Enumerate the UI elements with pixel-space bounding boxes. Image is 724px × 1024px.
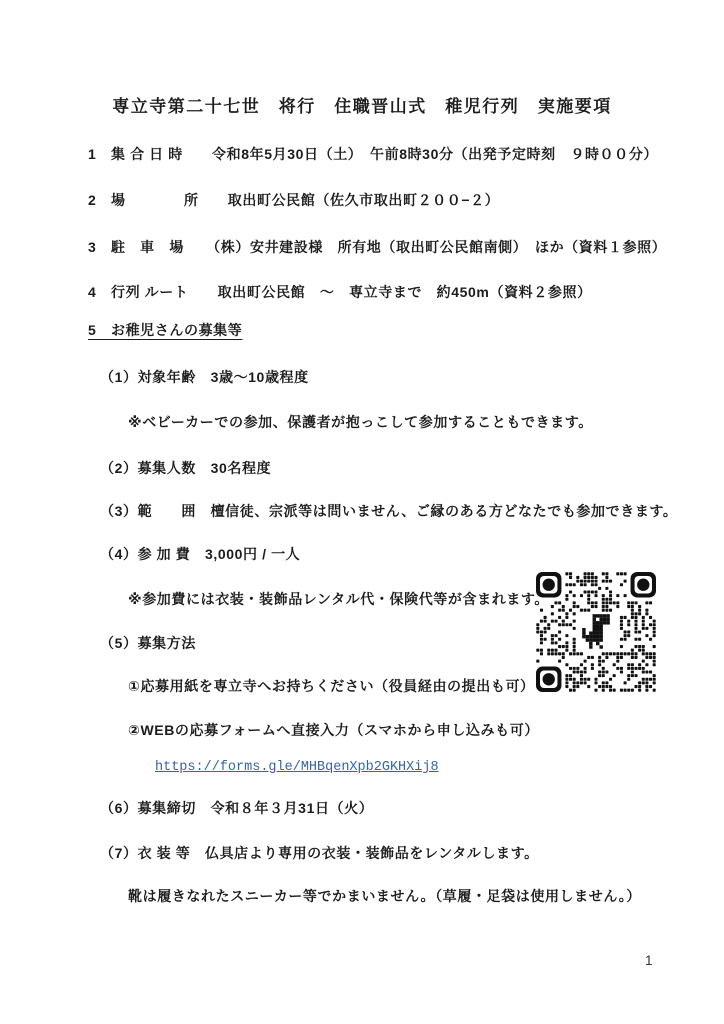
line-participation-fee: （4）参 加 費 3,000円 / 一人 xyxy=(100,544,300,564)
qr-code-icon xyxy=(536,571,656,693)
line-method-web: ②WEBの応募フォームへ直接入力（スマホから申し込みも可） xyxy=(128,720,539,740)
line-target-age: （1）対象年齢 3歳〜10歳程度 xyxy=(100,367,309,387)
line-procession-route: 4 行列 ルート 取出町公民館 〜 専立寺まで 約450m（資料２参照） xyxy=(88,282,592,302)
section-heading-recruitment: 5 お稚児さんの募集等 xyxy=(88,320,242,340)
line-scope: （3）範 囲 檀信徒、宗派等は問いません、ご縁のある方どなたでも参加できます。 xyxy=(100,501,678,521)
note-stroller: ※ベビーカーでの参加、保護者が抱っこして参加することもできます。 xyxy=(128,412,593,432)
line-costume: （7）衣 装 等 仏具店より専用の衣装・装飾品をレンタルします。 xyxy=(100,843,539,863)
line-application-method: （5）募集方法 xyxy=(100,633,196,653)
line-capacity: （2）募集人数 30名程度 xyxy=(100,458,271,478)
page-number: 1 xyxy=(645,953,653,968)
line-assembly-datetime: 1 集 合 日 時 令和8年5月30日（土） 午前8時30分（出発予定時刻 ９時… xyxy=(88,144,658,164)
line-deadline: （6）募集締切 令和８年３月31日（火） xyxy=(100,798,373,818)
page-title: 専立寺第二十七世 将行 住職晋山式 稚児行列 実施要項 xyxy=(0,92,724,117)
note-fee-includes: ※参加費には衣装・装飾品レンタル代・保険代等が含まれます。 xyxy=(128,589,549,609)
note-shoes: 靴は履きなれたスニーカー等でかまいません。（草履・足袋は使用しません。） xyxy=(128,886,641,906)
line-place: 2 場 所 取出町公民館（佐久市取出町２００−２） xyxy=(88,190,499,210)
application-form-link[interactable]: https://forms.gle/MHBqenXpb2GKHXij8 xyxy=(155,760,439,775)
line-parking: 3 駐 車 場 （株）安井建設様 所有地（取出町公民館南側） ほか（資料１参照） xyxy=(88,237,666,257)
document-page: 専立寺第二十七世 将行 住職晋山式 稚児行列 実施要項 1 集 合 日 時 令和… xyxy=(0,0,724,1024)
line-method-paper: ①応募用紙を専立寺へお持ちください（役員経由の提出も可） xyxy=(128,676,535,696)
